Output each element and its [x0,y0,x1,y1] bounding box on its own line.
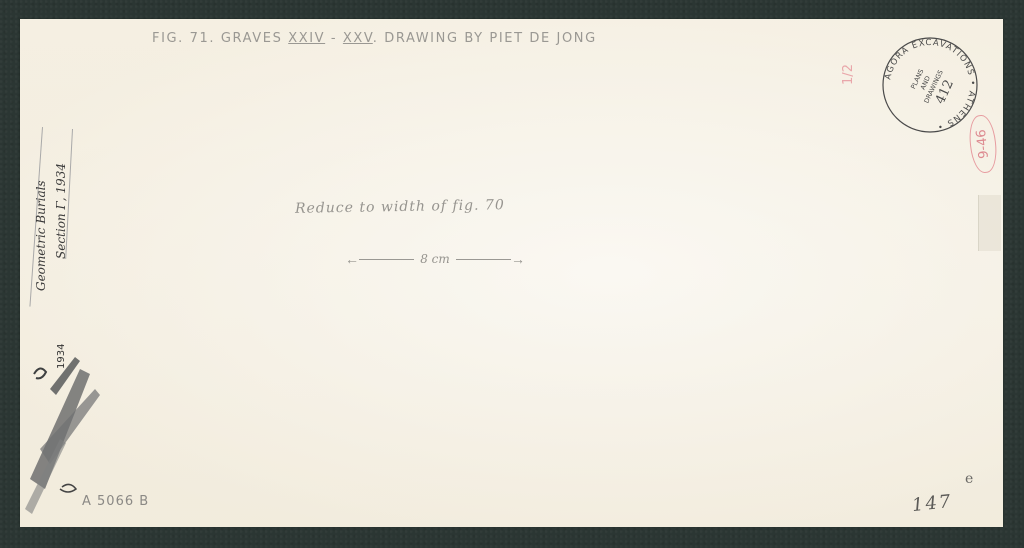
agora-excavations-stamp: AGORA EXCAVATIONS • ATHENS • PLANS AND D… [880,35,980,135]
measure-line-left [359,259,414,260]
corner-mark: e [965,471,973,487]
figure-caption: FIG. 71. GRAVES XXIV - XXV. DRAWING BY P… [152,31,597,46]
caption-grave-a: XXIV [288,31,325,46]
measurement-value: 8 cm [414,252,456,266]
caption-grave-b: XXV [343,31,373,46]
page-number: 147 [911,491,953,516]
archive-code: A 5066 B [82,494,149,509]
margin-note-geometric-burials: Geometric Burials [34,180,48,291]
measure-line-right [456,259,511,260]
ink-year: 1934 [56,344,67,369]
caption-suffix: . DRAWING BY PIET DE JONG [373,31,597,46]
caption-dash: - [325,31,343,46]
caption-prefix: FIG. 71. GRAVES [152,31,288,46]
document-paper: FIG. 71. GRAVES XXIV - XXV. DRAWING BY P… [20,19,1003,527]
left-arrow-icon: ← [345,252,359,266]
measurement-indicator: ← 8 cm → [345,248,525,270]
pink-pencil-mark: 1/2 [841,64,856,85]
margin-note-section: Section Γ, 1934 [54,163,68,259]
right-arrow-icon: → [511,252,525,266]
tape-strip [978,195,1001,251]
pink-oval-label: 9-46 [974,129,992,160]
ink-smudge-signature: 1934 [20,329,110,519]
pink-circled-number: 9-46 [967,114,999,174]
reduction-instruction: Reduce to width of fig. 70 [295,197,505,217]
